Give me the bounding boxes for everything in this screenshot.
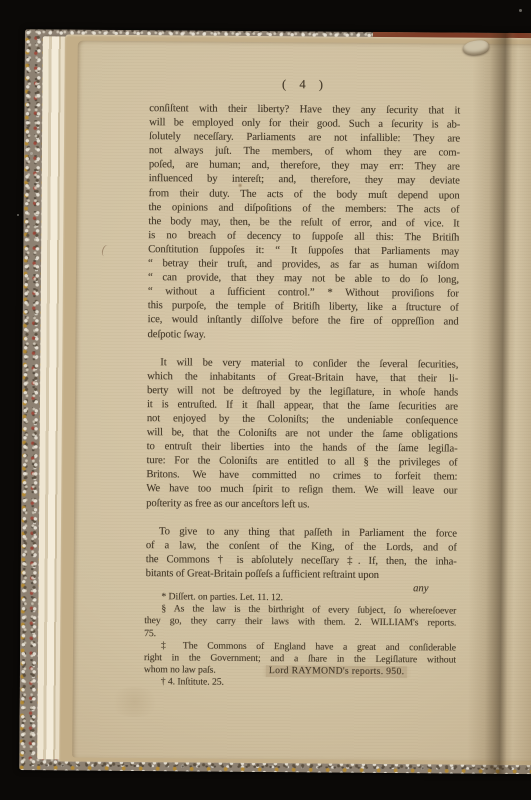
text-line: poſterity as free as our anceſtors left … [146, 496, 457, 513]
text-line: whom no law paſs.Lord RAYMOND's reports.… [144, 664, 456, 679]
gutter-fold-shadow [467, 33, 531, 775]
page-number: ( 4 ) [149, 76, 460, 93]
footnotes: * Diſſert. on parties. Let. 11. 12.§ As … [144, 591, 457, 691]
text-line: † 4. Inſtitute. 25. [144, 677, 456, 692]
paragraph: It will be very material to conſider the… [146, 355, 458, 512]
text-line: deſpotic ſway. [147, 327, 458, 344]
footnote-text: whom no law paſs. [144, 664, 216, 676]
paper-smudge [108, 687, 162, 717]
text-line: they go, they carry their laws with them… [144, 616, 456, 631]
dust-speck [17, 214, 19, 216]
book-tilt-group: ( 4 ) conſiſtent with their liberty? Hav… [0, 0, 531, 800]
dust-speck [30, 152, 33, 155]
paragraph: To give to any thing that paſſeth in Par… [146, 524, 457, 583]
paragraph: conſiſtent with their liberty? Have they… [147, 101, 460, 343]
body-text: conſiſtent with their liberty? Have they… [145, 101, 460, 596]
dust-speck [519, 9, 522, 12]
footnote-citation-highlighted: Lord RAYMOND's reports. 950. [266, 665, 408, 679]
book-photograph: ( 4 ) conſiſtent with their liberty? Hav… [0, 0, 531, 800]
